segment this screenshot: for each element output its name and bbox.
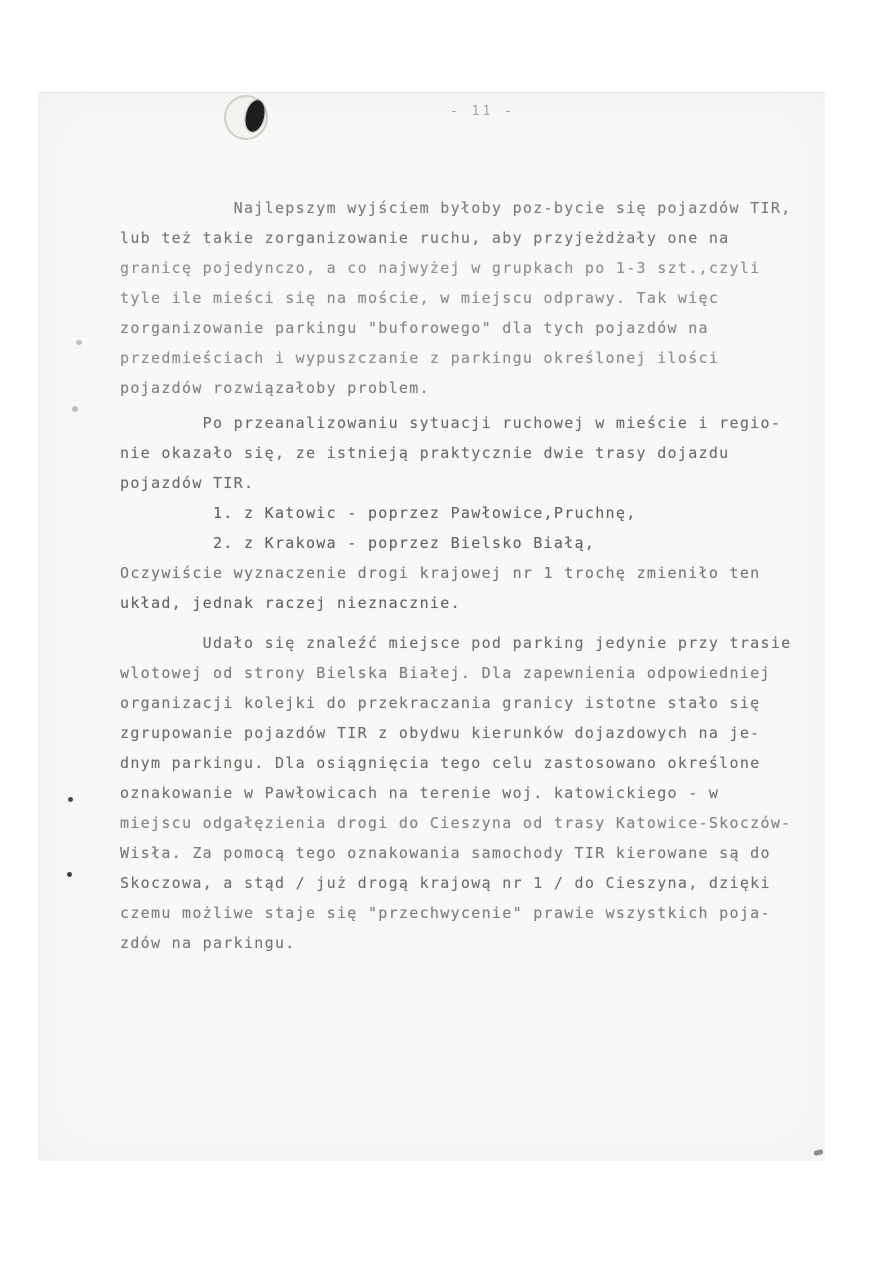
page-number: - 11 - [450,104,515,119]
text-line: zdów na parkingu. [120,928,792,958]
text-line: 1. z Katowic - poprzez Pawłowice,Pruchnę… [120,498,761,528]
text-line: granicę pojedynczo, a co najwyżej w grup… [120,253,792,283]
text-line: tyle ile mieści się na moście, w miejscu… [120,283,792,313]
paragraph-3-route-list: 1. z Katowic - poprzez Pawłowice,Pruchnę… [120,498,761,618]
text-line: zgrupowanie pojazdów TIR z obydwu kierun… [120,718,792,748]
text-line: organizacji kolejki do przekraczania gra… [120,688,792,718]
paragraph-4: Udało się znaleźć miejsce pod parking je… [120,628,792,958]
text-line: 2. z Krakowa - poprzez Bielsko Białą, [120,528,761,558]
text-line: układ, jednak raczej nieznacznie. [120,588,761,618]
margin-ink-dot [67,872,72,877]
text-line: zorganizowanie parkingu "buforowego" dla… [120,313,792,343]
text-line: pojazdów rozwiązałoby problem. [120,373,792,403]
paragraph-2: Po przeanalizowaniu sytuacji ruchowej w … [120,408,781,498]
text-line: wlotowej od strony Bielska Białej. Dla z… [120,658,792,688]
hole-punch-ink-blob [243,98,268,133]
margin-speck [72,406,78,412]
text-line: czemu możliwe staje się "przechwycenie" … [120,898,792,928]
paragraph-1: Najlepszym wyjściem byłoby poz-bycie się… [120,193,792,403]
text-line: oznakowanie w Pawłowicach na terenie woj… [120,778,792,808]
text-line: pojazdów TIR. [120,468,781,498]
text-line: Najlepszym wyjściem byłoby poz-bycie się… [120,193,792,223]
text-line: nie okazało się, ze istnieją praktycznie… [120,438,781,468]
text-line: przedmieściach i wypuszczanie z parkingu… [120,343,792,373]
text-line: Skoczowa, a stąd / już drogą krajową nr … [120,868,792,898]
text-line: lub też takie zorganizowanie ruchu, aby … [120,223,792,253]
text-line: Po przeanalizowaniu sytuacji ruchowej w … [120,408,781,438]
text-line: dnym parkingu. Dla osiągnięcia tego celu… [120,748,792,778]
margin-ink-dot [68,797,73,802]
hole-punch-mark [224,95,268,140]
margin-speck [76,340,82,345]
text-line: miejscu odgałęzienia drogi do Cieszyna o… [120,808,792,838]
text-line: Udało się znaleźć miejsce pod parking je… [120,628,792,658]
text-line: Wisła. Za pomocą tego oznakowania samoch… [120,838,792,868]
text-line: Oczywiście wyznaczenie drogi krajowej nr… [120,558,761,588]
